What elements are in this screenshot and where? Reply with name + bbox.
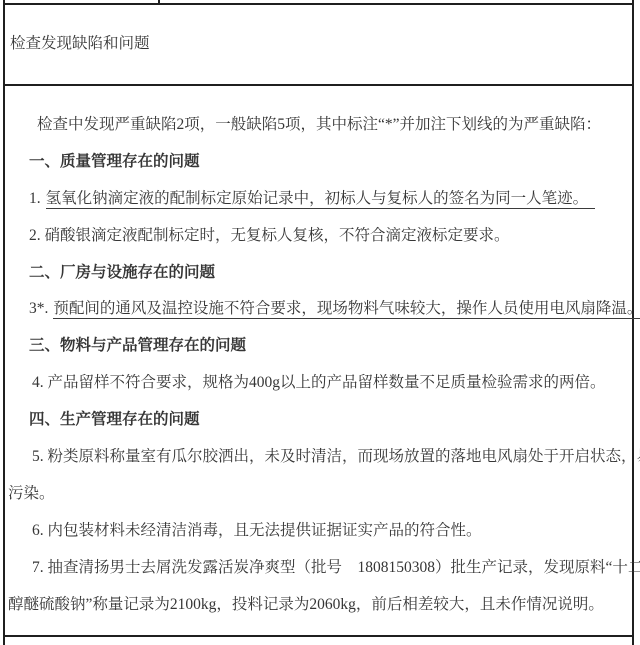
row-divider-top: [3, 3, 634, 5]
defect-item-3: 3*.预配间的通风及温控设施不符合要求，现场物料气味较大，操作人员使用电风扇降温…: [8, 291, 628, 328]
findings-cell: 检查中发现严重缺陷2项，一般缺陷5项，其中标注“*”并加注下划线的为严重缺陷： …: [8, 107, 628, 623]
row-divider-middle: [3, 84, 634, 86]
defect-item-6: 6. 内包装材料未经清洁消毒，且无法提供证据证实产品的符合性。: [8, 513, 628, 550]
row-divider-bottom: [3, 635, 634, 637]
table-border-left: [3, 0, 5, 645]
defect-item-3-number: 3*.: [29, 300, 48, 317]
section-3-heading: 三、物料与产品管理存在的问题: [8, 328, 628, 365]
intro-line: 检查中发现严重缺陷2项，一般缺陷5项，其中标注“*”并加注下划线的为严重缺陷：: [8, 107, 628, 144]
defect-item-1: 1.氢氧化钠滴定液的配制标定原始记录中，初标人与复标人的签名为同一人笔迹。: [8, 181, 628, 218]
defect-item-3-underlined-text: 预配间的通风及温控设施不符合要求，现场物料气味较大，操作人员使用电风扇降温。: [53, 300, 640, 319]
defect-item-4: 4. 产品留样不符合要求，规格为400g以上的产品留样数量不足质量检验需求的两倍…: [8, 365, 628, 402]
header-cell-label: 检查发现缺陷和问题: [10, 35, 150, 53]
upper-row-column-divider: [158, 0, 160, 4]
defect-item-7-line-2: 醇醚硫酸钠”称量记录为2100kg，投料记录为2060kg，前后相差较大，且未作…: [8, 587, 628, 624]
defect-item-5-line-1: 5. 粉类原料称量室有瓜尔胶洒出，未及时清洁，而现场放置的落地电风扇处于开启状态…: [8, 439, 628, 476]
inspection-report-table: 检查发现缺陷和问题 检查中发现严重缺陷2项，一般缺陷5项，其中标注“*”并加注下…: [0, 0, 640, 645]
defect-item-5-line-2: 污染。: [8, 476, 628, 513]
defect-item-1-underlined-text: 氢氧化钠滴定液的配制标定原始记录中，初标人与复标人的签名为同一人笔迹。: [46, 190, 596, 209]
defect-item-2: 2. 硝酸银滴定液配制标定时，无复标人复核，不符合滴定液标定要求。: [8, 218, 628, 255]
defect-item-1-number: 1.: [29, 190, 41, 207]
section-1-heading: 一、质量管理存在的问题: [8, 144, 628, 181]
defect-item-7-line-1: 7. 抽查清扬男士去屑洗发露活炭净爽型（批号 1808150308）批生产记录，…: [8, 550, 628, 587]
section-2-heading: 二、厂房与设施存在的问题: [8, 255, 628, 292]
section-4-heading: 四、生产管理存在的问题: [8, 402, 628, 439]
